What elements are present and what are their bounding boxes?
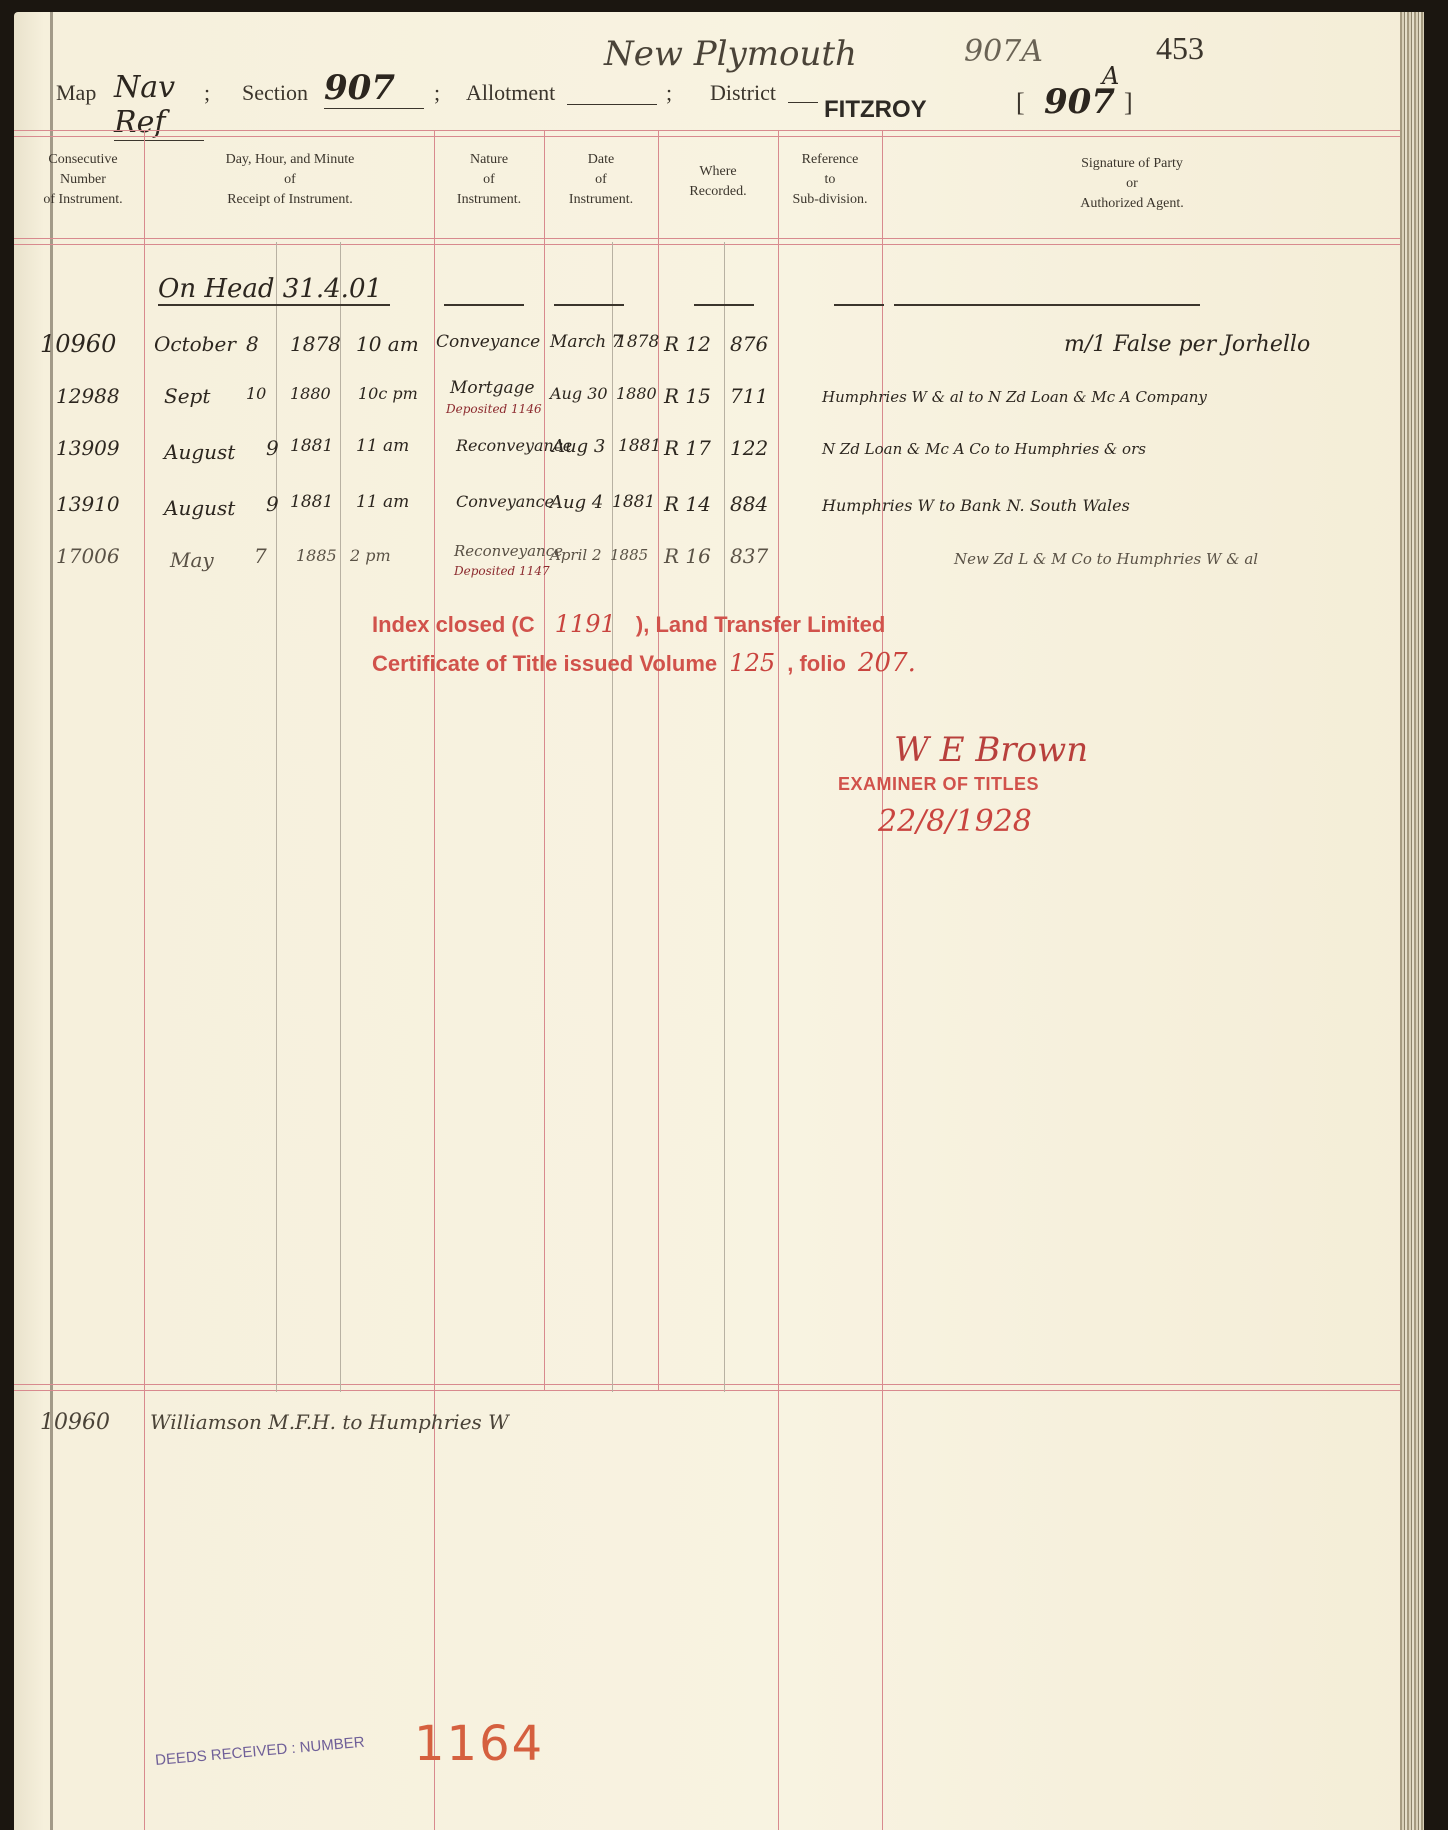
receipt-month: Sept <box>164 384 210 408</box>
receipt-day: 7 <box>254 544 267 568</box>
index-number: 1191 <box>555 610 616 638</box>
recorded-book: R 14 <box>664 492 711 516</box>
column-rule <box>434 130 435 1830</box>
bracket-close: ] <box>1124 88 1133 118</box>
recorded-book: R 15 <box>664 384 711 408</box>
recorded-folio: 837 <box>730 544 768 568</box>
page-number: 453 <box>1156 30 1204 67</box>
header-line: Where <box>658 162 778 182</box>
heading-entry: On Head 31.4.01 <box>158 274 390 306</box>
header-line: of Instrument. <box>24 190 142 210</box>
header-line: of <box>146 170 434 190</box>
location-annotation: New Plymouth <box>604 34 857 74</box>
column-header-receipt: Day, Hour, and Minute of Receipt of Inst… <box>146 150 434 210</box>
district-value: FITZROY <box>824 96 927 124</box>
receipt-month: October <box>154 332 236 356</box>
map-label: Map <box>56 80 96 106</box>
header-line: Day, Hour, and Minute <box>146 150 434 170</box>
header-line: of <box>544 170 658 190</box>
receipt-time: 2 pm <box>350 546 391 565</box>
recorded-folio: 711 <box>730 384 768 408</box>
index-closed-stamp: Index closed (C 1191 ), Land Transfer Li… <box>372 610 885 638</box>
annotation-reference: 907A <box>964 34 1043 69</box>
header-line: Instrument. <box>544 190 658 210</box>
subcolumn-rule <box>724 242 725 1392</box>
column-header-reference: Reference to Sub-division. <box>778 150 882 210</box>
column-rule <box>778 130 779 1830</box>
column-rule <box>144 130 145 1830</box>
instrument-date: Aug 4 <box>550 492 603 513</box>
dash-rule <box>444 304 524 306</box>
examiner-signature: W E Brown <box>894 730 1088 770</box>
receipt-year: 1881 <box>290 492 333 512</box>
volume-number: 125 <box>729 649 775 677</box>
dash-rule <box>554 304 624 306</box>
dash-rule <box>694 304 754 306</box>
header-line: Authorized Agent. <box>882 194 1382 214</box>
header-line: Number <box>24 170 142 190</box>
stamp-text: Certificate of Title issued Volume <box>372 651 717 676</box>
header-line: Nature <box>434 150 544 170</box>
receipt-time: 10 am <box>356 332 419 356</box>
bracket-reference-suffix: A <box>1102 62 1119 90</box>
column-header-date: Date of Instrument. <box>544 150 658 210</box>
receipt-time: 11 am <box>356 492 409 512</box>
header-line: Consecutive <box>24 150 142 170</box>
party-signature: N Zd Loan & Mc A Co to Humphries & ors <box>822 440 1146 458</box>
stamp-text: ), Land Transfer Limited <box>636 612 885 637</box>
header-line: Instrument. <box>434 190 544 210</box>
instrument-nature: Reconveyance <box>454 542 563 560</box>
recorded-book: R 16 <box>664 544 711 568</box>
dash-rule <box>894 304 1200 306</box>
stamp-text: Index closed (C <box>372 612 535 637</box>
header-line: to <box>778 170 882 190</box>
column-rule <box>658 130 659 1390</box>
section-label: Section <box>242 80 308 106</box>
allotment-label: Allotment <box>466 80 555 106</box>
receipt-year: 1880 <box>290 384 331 403</box>
section-separator: ; <box>434 80 440 106</box>
instrument-number: 17006 <box>56 544 120 568</box>
examiner-title: EXAMINER OF TITLES <box>838 774 1039 795</box>
instrument-nature: Mortgage <box>450 378 535 398</box>
receipt-time: 10c pm <box>358 384 418 403</box>
certificate-stamp: Certificate of Title issued Volume 125 ,… <box>372 648 916 678</box>
header-line: Date <box>544 150 658 170</box>
instrument-date-year: 1881 <box>612 492 655 512</box>
instrument-date: Aug 30 <box>550 384 608 403</box>
subcolumn-rule <box>340 242 341 1392</box>
receipt-day: 9 <box>266 492 279 516</box>
header-top-rule <box>14 130 1400 137</box>
lower-entry-number: 10960 <box>40 1410 110 1435</box>
header-line: Reference <box>778 150 882 170</box>
instrument-number: 10960 <box>40 330 116 358</box>
binding-spine <box>50 12 53 1830</box>
instrument-date-year: 1880 <box>616 384 657 403</box>
lower-section-rule <box>14 1384 1400 1391</box>
instrument-number: 13909 <box>56 436 120 460</box>
recorded-folio: 122 <box>730 436 768 460</box>
instrument-number: 12988 <box>56 384 120 408</box>
header-line: of <box>434 170 544 190</box>
bracket-open: [ <box>1016 88 1025 118</box>
instrument-nature-note: Deposited 1146 <box>446 402 542 416</box>
column-header-consecutive-number: Consecutive Number of Instrument. <box>24 150 142 210</box>
map-separator: ; <box>204 80 210 106</box>
instrument-number: 13910 <box>56 492 120 516</box>
subcolumn-rule <box>276 242 277 1392</box>
party-signature: New Zd L & M Co to Humphries W & al <box>954 550 1258 568</box>
column-header-where-recorded: Where Recorded. <box>658 162 778 202</box>
column-rule <box>544 130 545 1390</box>
instrument-date-year: 1881 <box>618 436 661 456</box>
ledger-page: New Plymouth 907A 453 Map Nav Ref ; Sect… <box>14 12 1424 1830</box>
dash-rule <box>834 304 884 306</box>
district-underline <box>788 102 818 103</box>
receipt-year: 1878 <box>290 332 341 356</box>
instrument-date-year: 1885 <box>610 546 648 564</box>
receipt-day: 8 <box>246 332 259 356</box>
allotment-value <box>567 78 657 105</box>
district-label: District <box>710 80 776 106</box>
deeds-received-number: 1164 <box>414 1716 544 1772</box>
recorded-book: R 12 <box>664 332 711 356</box>
header-line: Recorded. <box>658 182 778 202</box>
folio-number: 207. <box>858 648 916 678</box>
column-header-signature: Signature of Party or Authorized Agent. <box>882 154 1382 214</box>
receipt-year: 1881 <box>290 436 333 456</box>
instrument-date-year: 1878 <box>616 332 659 352</box>
page-edges <box>1400 12 1424 1830</box>
party-signature: m/1 False per Jorhello <box>1064 332 1310 357</box>
allotment-separator: ; <box>666 80 672 106</box>
header-line: Signature of Party <box>882 154 1382 174</box>
receipt-month: August <box>164 440 235 464</box>
receipt-time: 11 am <box>356 436 409 456</box>
instrument-nature-note: Deposited 1147 <box>454 564 550 578</box>
receipt-month: August <box>164 496 235 520</box>
header-bottom-rule <box>14 238 1400 245</box>
section-value: 907 <box>324 68 424 109</box>
lower-entry-text: Williamson M.F.H. to Humphries W <box>150 1410 509 1434</box>
header-line: Sub-division. <box>778 190 882 210</box>
receipt-day: 9 <box>266 436 279 460</box>
subcolumn-rule <box>612 242 613 1392</box>
instrument-nature: Conveyance <box>436 332 540 352</box>
column-rule <box>882 130 883 1830</box>
deeds-received-stamp: DEEDS RECEIVED : NUMBER <box>155 1734 366 1769</box>
party-signature: Humphries W & al to N Zd Loan & Mc A Com… <box>822 388 1207 406</box>
instrument-date: March 7 <box>550 332 622 352</box>
recorded-folio: 884 <box>730 492 768 516</box>
column-header-nature: Nature of Instrument. <box>434 150 544 210</box>
receipt-year: 1885 <box>296 546 337 565</box>
receipt-month: May <box>170 548 214 572</box>
instrument-date: April 2 <box>550 546 602 564</box>
instrument-nature: Conveyance <box>456 492 554 511</box>
receipt-day: 10 <box>246 384 266 403</box>
party-signature: Humphries W to Bank N. South Wales <box>822 496 1130 515</box>
instrument-date: Aug 3 <box>552 436 605 457</box>
recorded-book: R 17 <box>664 436 711 460</box>
header-line: Receipt of Instrument. <box>146 190 434 210</box>
recorded-folio: 876 <box>730 332 768 356</box>
stamp-text: , folio <box>787 651 846 676</box>
examiner-date: 22/8/1928 <box>878 804 1032 839</box>
header-line: or <box>882 174 1382 194</box>
